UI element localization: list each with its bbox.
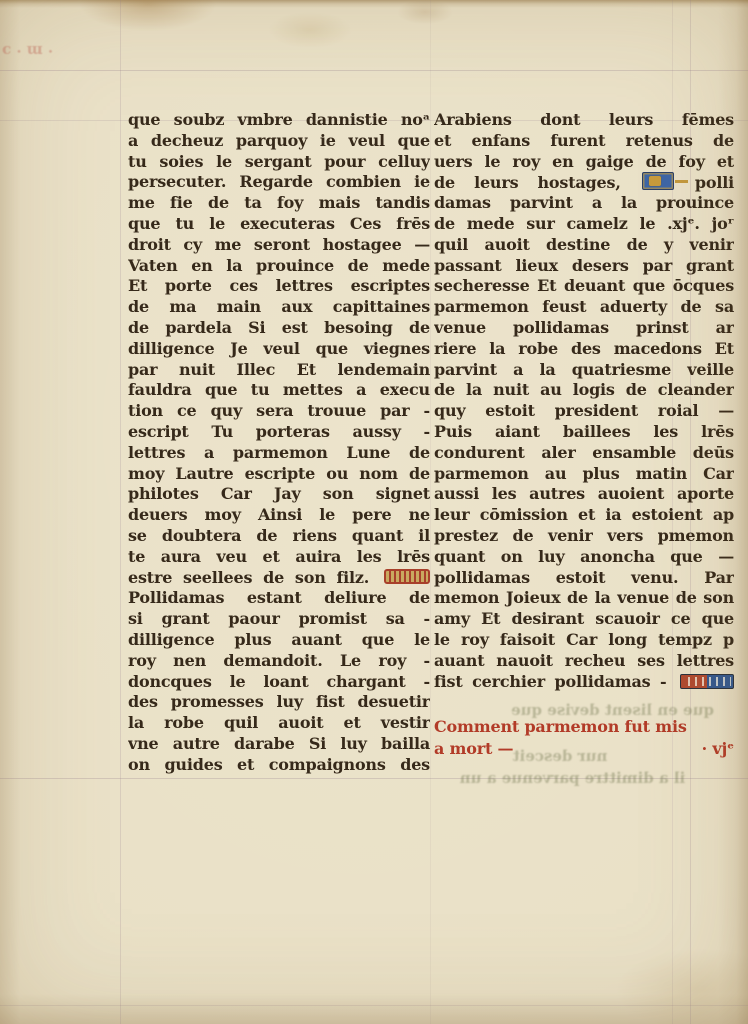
text-run: moy Lautre escripte ou nom de bbox=[128, 464, 430, 483]
text-run: parmemon au plus matin Car bbox=[434, 464, 734, 483]
text-line: auant nauoit recheu ses lettres bbox=[434, 651, 734, 672]
text-line: Vaten en la prouince de mede bbox=[128, 256, 430, 277]
text-run: auant nauoit recheu ses lettres bbox=[434, 651, 734, 670]
text-run: quy estoit president roial — bbox=[434, 401, 734, 420]
text-run: roy nen demandoit. Le roy - bbox=[128, 651, 430, 670]
text-run: venue pollidamas prinst ar bbox=[434, 318, 734, 337]
text-line: par nuit Illec Et lendemain bbox=[128, 360, 430, 381]
text-line: te aura veu et auira les lrēs bbox=[128, 547, 430, 568]
text-run: deuers moy Ainsi le pere ne bbox=[128, 505, 430, 524]
text-run: dilligence plus auant que le bbox=[128, 630, 430, 649]
text-line: que soubz vmbre dannistie noᵃ bbox=[128, 110, 430, 131]
text-line: damas parvint a la prouince bbox=[434, 193, 734, 214]
text-run: amy Et desirant scauoir ce que bbox=[434, 609, 734, 628]
text-line: des promesses luy fist desuetir bbox=[128, 692, 430, 713]
text-line: estre seellees de son filz. bbox=[128, 568, 430, 589]
text-run: Et porte ces lettres escriptes bbox=[128, 276, 430, 295]
text-run: persecuter. Regarde combien ie bbox=[128, 172, 430, 191]
text-line: de pardela Si est besoing de bbox=[128, 318, 430, 339]
text-run: dilligence Je veul que viegnes bbox=[128, 339, 430, 358]
text-line: pollidamas estoit venu. Par bbox=[434, 568, 734, 589]
text-line: moy Lautre escripte ou nom de bbox=[128, 464, 430, 485]
text-line: dilligence plus auant que le bbox=[128, 630, 430, 651]
text-line: fist cerchier pollidamas - bbox=[434, 672, 734, 693]
text-line: tu soies le sergant pour celluy bbox=[128, 152, 430, 173]
text-run: aussi les autres auoient aporte bbox=[434, 484, 734, 503]
text-line: amy Et desirant scauoir ce que bbox=[434, 609, 734, 630]
text-line: quy estoit president roial — bbox=[434, 401, 734, 422]
text-line: Et porte ces lettres escriptes bbox=[128, 276, 430, 297]
text-line: de la nuit au logis de cleander bbox=[434, 380, 734, 401]
text-run: estre seellees de son filz. bbox=[128, 568, 380, 587]
text-column-left: que soubz vmbre dannistie noᵃa decheuz p… bbox=[128, 110, 430, 776]
rubric-line: a mort — · vjᵉ bbox=[434, 738, 734, 760]
text-line: prestez de venir vers pmemon bbox=[434, 526, 734, 547]
text-line: deuers moy Ainsi le pere ne bbox=[128, 505, 430, 526]
text-run: vne autre darabe Si luy bailla bbox=[128, 734, 430, 753]
text-line: droit cy me seront hostagee — bbox=[128, 235, 430, 256]
text-run: leur cōmission et ia estoient ap bbox=[434, 505, 734, 524]
text-line: si grant paour promist sa - bbox=[128, 609, 430, 630]
text-line: roy nen demandoit. Le roy - bbox=[128, 651, 430, 672]
text-line: condurent aler ensamble deūs bbox=[434, 443, 734, 464]
text-line: venue pollidamas prinst ar bbox=[434, 318, 734, 339]
text-run: la robe quil auoit et vestir bbox=[128, 713, 430, 732]
text-line: Pollidamas estant deliure de bbox=[128, 588, 430, 609]
offset-ink-top-left: · m · ɔ bbox=[2, 42, 53, 60]
text-run: a decheuz parquoy ie veul que bbox=[128, 131, 430, 150]
line-filler-red-blue bbox=[680, 674, 734, 689]
text-run: tion ce quy sera trouue par - bbox=[128, 401, 430, 420]
text-line: me fie de ta foy mais tandis bbox=[128, 193, 430, 214]
text-run: me fie de ta foy mais tandis bbox=[128, 193, 430, 212]
text-run: uers le roy en gaige de foy et bbox=[434, 152, 734, 171]
text-line: riere la robe des macedons Et bbox=[434, 339, 734, 360]
text-run: parvint a la quatriesme veille bbox=[434, 360, 734, 379]
text-line: lettres a parmemon Lune de bbox=[128, 443, 430, 464]
text-run: par nuit Illec Et lendemain bbox=[128, 360, 430, 379]
show-through-text: il a dimittre parvenue a un bbox=[445, 769, 700, 787]
text-run: Puis aiant baillees les lrēs bbox=[434, 422, 734, 441]
text-run: on guides et compaignons des bbox=[128, 755, 430, 774]
rubric: Comment parmemon fut mis a mort — · vjᵉ bbox=[434, 716, 734, 759]
line-filler-red bbox=[384, 569, 430, 584]
text-line: dilligence Je veul que viegnes bbox=[128, 339, 430, 360]
text-line: a decheuz parquoy ie veul que bbox=[128, 131, 430, 152]
text-run: fist cerchier pollidamas - bbox=[434, 672, 676, 691]
rubric-line: Comment parmemon fut mis bbox=[434, 716, 734, 738]
ruling-line-vertical bbox=[430, 0, 431, 1024]
text-line: passant lieux desers par grant bbox=[434, 256, 734, 277]
rubric-text: a mort — bbox=[434, 738, 513, 760]
text-line: de ma main aux capittaines bbox=[128, 297, 430, 318]
text-line: memon Joieux de la venue de son bbox=[434, 588, 734, 609]
ruling-line-horizontal bbox=[0, 70, 748, 71]
text-line: de leurs hostages, polli bbox=[434, 172, 734, 193]
text-line: Arabiens dont leurs fēmes bbox=[434, 110, 734, 131]
text-run: pollidamas estoit venu. Par bbox=[434, 568, 734, 587]
text-run: que tu le executeras Ces frēs bbox=[128, 214, 430, 233]
text-run: condurent aler ensamble deūs bbox=[434, 443, 734, 462]
text-line: on guides et compaignons des bbox=[128, 755, 430, 776]
text-line: Puis aiant baillees les lrēs bbox=[434, 422, 734, 443]
text-run: quil auoit destine de y venir bbox=[434, 235, 734, 254]
text-run: quant on luy anoncha que — bbox=[434, 547, 734, 566]
text-line: de mede sur camelz le .xjᵉ. joʳ bbox=[434, 214, 734, 235]
text-run: le roy faisoit Car long tempz p bbox=[434, 630, 734, 649]
ruling-line-horizontal bbox=[0, 778, 748, 779]
text-run: droit cy me seront hostagee — bbox=[128, 235, 430, 254]
chapter-number: · vjᵉ bbox=[702, 738, 734, 760]
text-line: parvint a la quatriesme veille bbox=[434, 360, 734, 381]
text-line: tion ce quy sera trouue par - bbox=[128, 401, 430, 422]
text-run: de pardela Si est besoing de bbox=[128, 318, 430, 337]
text-run: passant lieux desers par grant bbox=[434, 256, 734, 275]
text-line: parmemon feust aduerty de sa bbox=[434, 297, 734, 318]
text-line: fauldra que tu mettes a execu bbox=[128, 380, 430, 401]
ruling-line-horizontal bbox=[0, 1005, 748, 1006]
text-run: doncques le loant chargant - bbox=[128, 672, 430, 691]
text-run: des promesses luy fist desuetir bbox=[128, 692, 430, 711]
illuminated-initial bbox=[642, 172, 674, 190]
text-line: persecuter. Regarde combien ie bbox=[128, 172, 430, 193]
text-line: quil auoit destine de y venir bbox=[434, 235, 734, 256]
text-run: parmemon feust aduerty de sa bbox=[434, 297, 734, 316]
text-line: aussi les autres auoient aporte bbox=[434, 484, 734, 505]
text-run: lettres a parmemon Lune de bbox=[128, 443, 430, 462]
text-run: fauldra que tu mettes a execu bbox=[128, 380, 430, 399]
text-run: que soubz vmbre dannistie noᵃ bbox=[128, 110, 430, 129]
text-run: Arabiens dont leurs fēmes bbox=[434, 110, 734, 129]
text-run: escript Tu porteras aussy - bbox=[128, 422, 430, 441]
ruling-line-vertical bbox=[120, 0, 121, 1024]
manuscript-page: · m · ɔ que soubz vmbre dannistie noᵃa d… bbox=[0, 0, 748, 1024]
text-line: secheresse Et deuant que ōcques bbox=[434, 276, 734, 297]
text-run: se doubtera de riens quant il bbox=[128, 526, 430, 545]
text-run: tu soies le sergant pour celluy bbox=[128, 152, 430, 171]
text-run: et enfans furent retenus de bbox=[434, 131, 734, 150]
text-run: secheresse Et deuant que ōcques bbox=[434, 276, 734, 295]
text-run: philotes Car Jay son signet bbox=[128, 484, 430, 503]
text-line: parmemon au plus matin Car bbox=[434, 464, 734, 485]
text-run: riere la robe des macedons Et bbox=[434, 339, 734, 358]
text-line: se doubtera de riens quant il bbox=[128, 526, 430, 547]
text-run: si grant paour promist sa - bbox=[128, 609, 430, 628]
text-line: quant on luy anoncha que — bbox=[434, 547, 734, 568]
text-line: la robe quil auoit et vestir bbox=[128, 713, 430, 734]
text-line: leur cōmission et ia estoient ap bbox=[434, 505, 734, 526]
text-run: memon Joieux de la venue de son bbox=[434, 588, 734, 607]
text-run: te aura veu et auira les lrēs bbox=[128, 547, 430, 566]
text-line: le roy faisoit Car long tempz p bbox=[434, 630, 734, 651]
text-run: prestez de venir vers pmemon bbox=[434, 526, 734, 545]
text-run: Pollidamas estant deliure de bbox=[128, 588, 430, 607]
text-run: de ma main aux capittaines bbox=[128, 297, 430, 316]
text-line: et enfans furent retenus de bbox=[434, 131, 734, 152]
text-run: Vaten en la prouince de mede bbox=[128, 256, 430, 275]
text-line: philotes Car Jay son signet bbox=[128, 484, 430, 505]
text-run: damas parvint a la prouince bbox=[434, 193, 734, 212]
text-run: de leurs hostages, bbox=[434, 173, 640, 192]
text-run: de mede sur camelz le .xjᵉ. joʳ bbox=[434, 214, 734, 233]
text-run: de la nuit au logis de cleander bbox=[434, 380, 734, 399]
text-line: que tu le executeras Ces frēs bbox=[128, 214, 430, 235]
text-line: doncques le loant chargant - bbox=[128, 672, 430, 693]
text-line: escript Tu porteras aussy - bbox=[128, 422, 430, 443]
text-line: uers le roy en gaige de foy et bbox=[434, 152, 734, 173]
text-line: vne autre darabe Si luy bailla bbox=[128, 734, 430, 755]
text-column-right: Arabiens dont leurs fēmeset enfans furen… bbox=[434, 110, 734, 692]
